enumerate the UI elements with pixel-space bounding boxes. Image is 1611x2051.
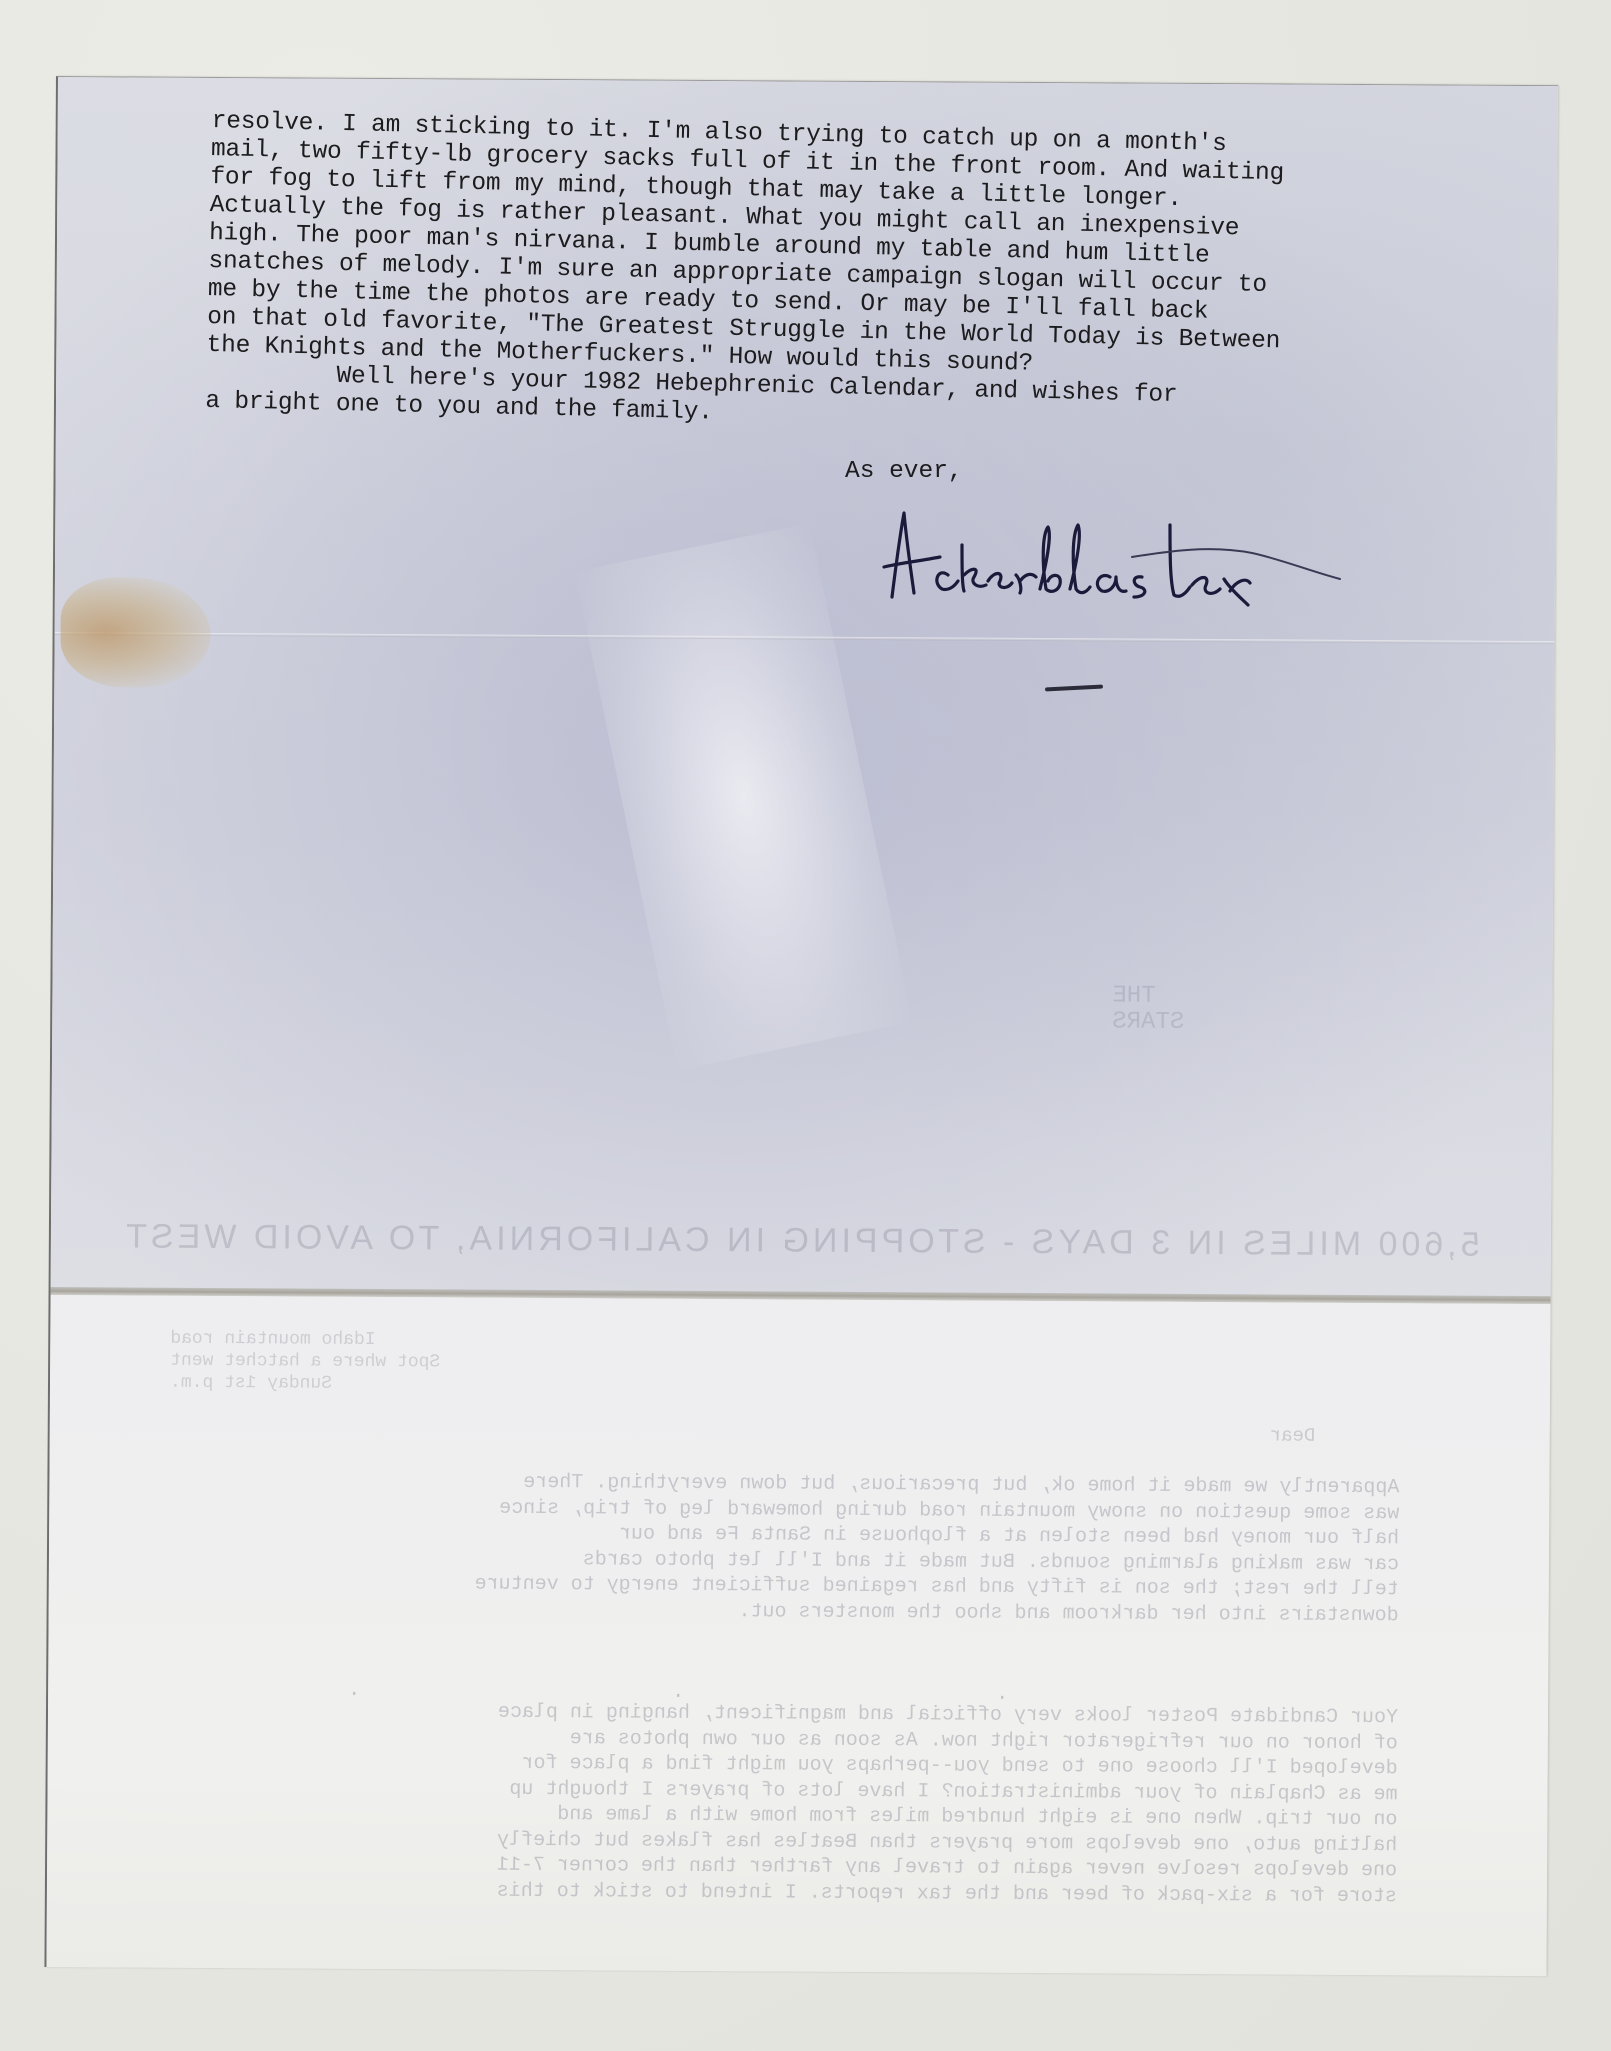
bleed-through-salutation: Dear <box>1270 1424 1316 1446</box>
bleed-through-corner-text: THE STARS <box>1112 983 1184 1035</box>
bleed-through-address: Idaho mountain road Spot where a hatchet… <box>170 1328 690 1397</box>
closing-line: As ever, <box>845 458 963 485</box>
bleed-through-paragraph-2: Your Candidate Poster looks very officia… <box>167 1698 1398 1910</box>
handwritten-signature <box>870 505 1350 615</box>
letter-body: resolve. I am sticking to it. I'm also t… <box>205 108 1332 441</box>
bleed-through-paragraph-1: Apparently we made it home ok, but preca… <box>169 1468 1400 1629</box>
